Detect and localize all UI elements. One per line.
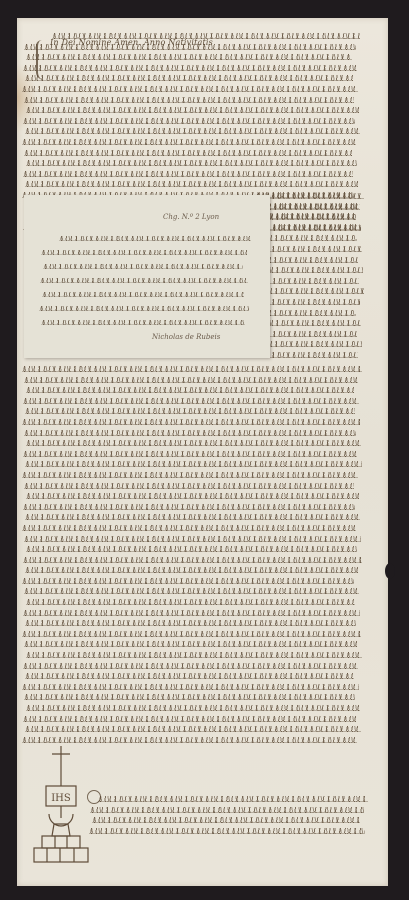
handwritten-line [88,804,378,815]
handwritten-line [39,315,254,329]
handwritten-line [22,501,367,512]
handwritten-line [39,301,254,315]
handwritten-line [22,713,367,724]
handwritten-line [22,51,362,62]
handwritten-line [22,363,367,374]
handwritten-line [22,522,367,533]
handwritten-line [22,681,367,692]
handwritten-line [22,416,367,427]
charter-text-body [22,363,367,744]
handwritten-line [22,691,367,702]
handwritten-line [22,458,367,469]
handwritten-line [22,104,362,115]
handwritten-line [256,296,366,307]
svg-text:IHS: IHS [51,793,71,804]
attached-paper-slip: Chg. N.º 2 Lyon Nicholas de Rubeis [24,195,270,358]
handwritten-line [22,94,362,105]
handwritten-line [22,723,367,734]
notarial-sign-icon: IHS [30,744,92,869]
handwritten-line [256,307,366,318]
handwritten-line [22,41,362,52]
handwritten-line [39,245,254,259]
handwritten-line [22,511,367,522]
handwritten-line [22,168,362,179]
handwritten-line [88,825,378,836]
handwritten-line [256,201,366,212]
handwritten-line [256,349,366,360]
handwritten-line [22,157,362,168]
handwritten-line [39,287,254,301]
handwritten-line [256,275,366,286]
handwritten-line [256,264,366,275]
handwritten-line [22,480,367,491]
handwritten-line [256,328,366,339]
handwritten-line [256,232,366,243]
handwritten-line [22,575,367,586]
handwritten-line [22,62,362,73]
charter-text-right-column [256,190,366,360]
handwritten-line [22,702,367,713]
handwritten-line [22,405,367,416]
handwritten-line [39,259,254,273]
slip-heading: Chg. N.º 2 Lyon [163,213,219,221]
handwritten-line [22,427,367,438]
handwritten-line [22,543,367,554]
handwritten-line [22,374,367,385]
handwritten-line [256,243,366,254]
handwritten-line [22,554,367,565]
handwritten-line [22,607,367,618]
handwritten-line [22,596,367,607]
handwritten-line [256,190,366,201]
slip-handwritten-note [39,231,254,329]
notary-subscription [88,793,378,835]
handwritten-line [22,83,362,94]
handwritten-line [22,30,362,41]
handwritten-line [256,338,366,349]
handwritten-line [39,273,254,287]
handwritten-line [22,670,367,681]
handwritten-line [256,317,366,328]
handwritten-line [256,254,366,265]
handwritten-line [22,448,367,459]
handwritten-line [256,211,366,222]
handwritten-line [22,178,362,189]
handwritten-line [22,384,367,395]
handwritten-line [22,115,362,126]
slip-signature: Nicholas de Rubeis [152,333,220,341]
handwritten-line [22,490,367,501]
handwritten-line [22,734,367,745]
handwritten-line [22,638,367,649]
handwritten-line [22,585,367,596]
handwritten-line [256,285,366,296]
handwritten-line [22,564,367,575]
handwritten-line [22,469,367,480]
handwritten-line [22,617,367,628]
handwritten-line [22,628,367,639]
handwritten-line [22,72,362,83]
handwritten-line [22,147,362,158]
handwritten-line [22,649,367,660]
handwritten-line [22,660,367,671]
handwritten-line [88,793,378,804]
handwritten-line [22,395,367,406]
handwritten-line [22,533,367,544]
handwritten-line [39,231,254,245]
handwritten-line [256,222,366,233]
handwritten-line [88,814,378,825]
handwritten-line [22,437,367,448]
handwritten-line [22,136,362,147]
handwritten-line [22,125,362,136]
